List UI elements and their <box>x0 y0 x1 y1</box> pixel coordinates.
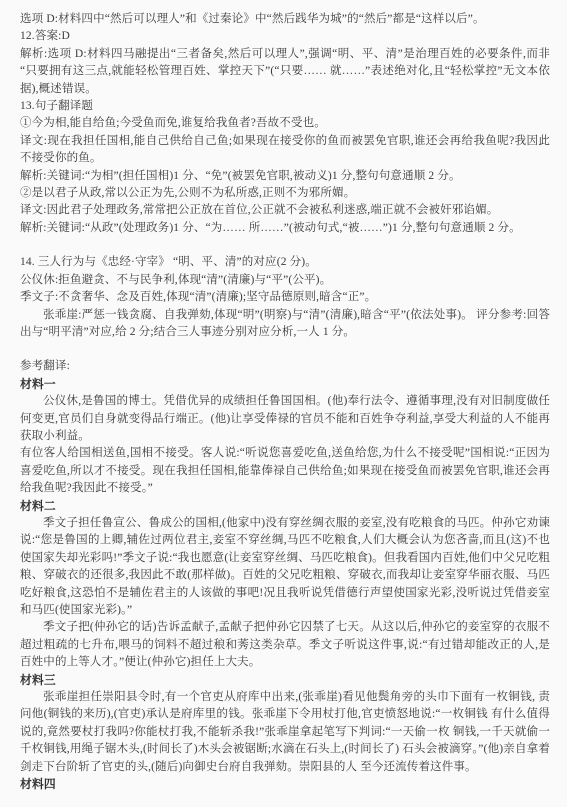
paragraph: 译文:现在我担任国相,能自己供给自己鱼;如果现在接受你的鱼而被罢免官职,谁还会再… <box>20 133 550 168</box>
paragraph: 公仪休:拒鱼避贪、不与民争利,体现“清”(清廉)与“平”(公平)。 <box>20 272 550 289</box>
paragraph: 13.句子翻译题 <box>20 98 550 115</box>
paragraph: 14. 三人行为与《忠经·守宰》 “明、平、清”的对应(2 分)。 <box>20 254 550 271</box>
scanned-document-page: 选项 D:材料四中“然后可以理人”和《过秦论》中“然后践华为城”的“然后”都是“… <box>0 0 567 807</box>
material-heading: 材料二 <box>20 498 550 515</box>
paragraph: 解析:关键词:“为相”(担任国相)1 分、“免”(被罢免官职,被动义)1 分,整… <box>20 168 550 185</box>
paragraph: 张乖崖:严惩一钱贪腐、自我弹劾,体现“明”(明察)与“清”(清廉),暗含“平”(… <box>20 307 550 342</box>
paragraph: 12.答案:D <box>20 28 550 45</box>
paragraph: 张乖崖担任崇阳县令时,有一个官吏从府库中出来,(张乖崖)看见他鬓角旁的头巾下面有… <box>20 689 550 776</box>
paragraph: 季文子把(仲孙它的话)告诉孟献子,孟献子把仲孙它囚禁了七天。从这以后,仲孙它的妾… <box>20 619 550 671</box>
paragraph: 季文子:不贪奢华、念及百姓,体现“清”(清廉);坚守品德原则,暗含“正”。 <box>20 289 550 306</box>
paragraph: ①今为相,能自给鱼;今受鱼而免,谁复给我鱼者?吾故不受也。 <box>20 115 550 132</box>
paragraph: 译文:因此君子处理政务,常常把公正放在首位,公正就不会被私利迷惑,端正就不会被奸… <box>20 202 550 219</box>
paragraph: ②是以君子从政,常以公正为先,公则不为私所惑,正则不为邪所媚。 <box>20 185 550 202</box>
paragraph: 季文子担任鲁宣公、鲁成公的国相,(他家中)没有穿丝绸衣服的妾室,没有吃粮食的马匹… <box>20 515 550 619</box>
material-heading: 材料一 <box>20 376 550 393</box>
document-body: 选项 D:材料四中“然后可以理人”和《过秦论》中“然后践华为城”的“然后”都是“… <box>20 11 550 793</box>
material-heading: 材料三 <box>20 672 550 689</box>
material-heading: 材料四 <box>20 776 550 793</box>
paragraph: 公仪休,是鲁国的博士。凭借优异的成绩担任鲁国国相。(他)奉行法令、遵循事理,没有… <box>20 393 550 445</box>
paragraph: 有位客人给国相送鱼,国相不接受。客人说:“听说您喜爱吃鱼,送鱼给您,为什么不接受… <box>20 445 550 497</box>
paragraph: 选项 D:材料四中“然后可以理人”和《过秦论》中“然后践华为城”的“然后”都是“… <box>20 11 550 28</box>
paragraph: 参考翻译: <box>20 358 550 375</box>
paragraph: 解析:选项 D:材料四马融提出“三者备矣,然后可以理人”,强调“明、平、清”是治… <box>20 46 550 98</box>
paragraph: 解析:关键词:“从政”(处理政务)1 分、“为…… 所……”(被动句式,“被……… <box>20 220 550 237</box>
